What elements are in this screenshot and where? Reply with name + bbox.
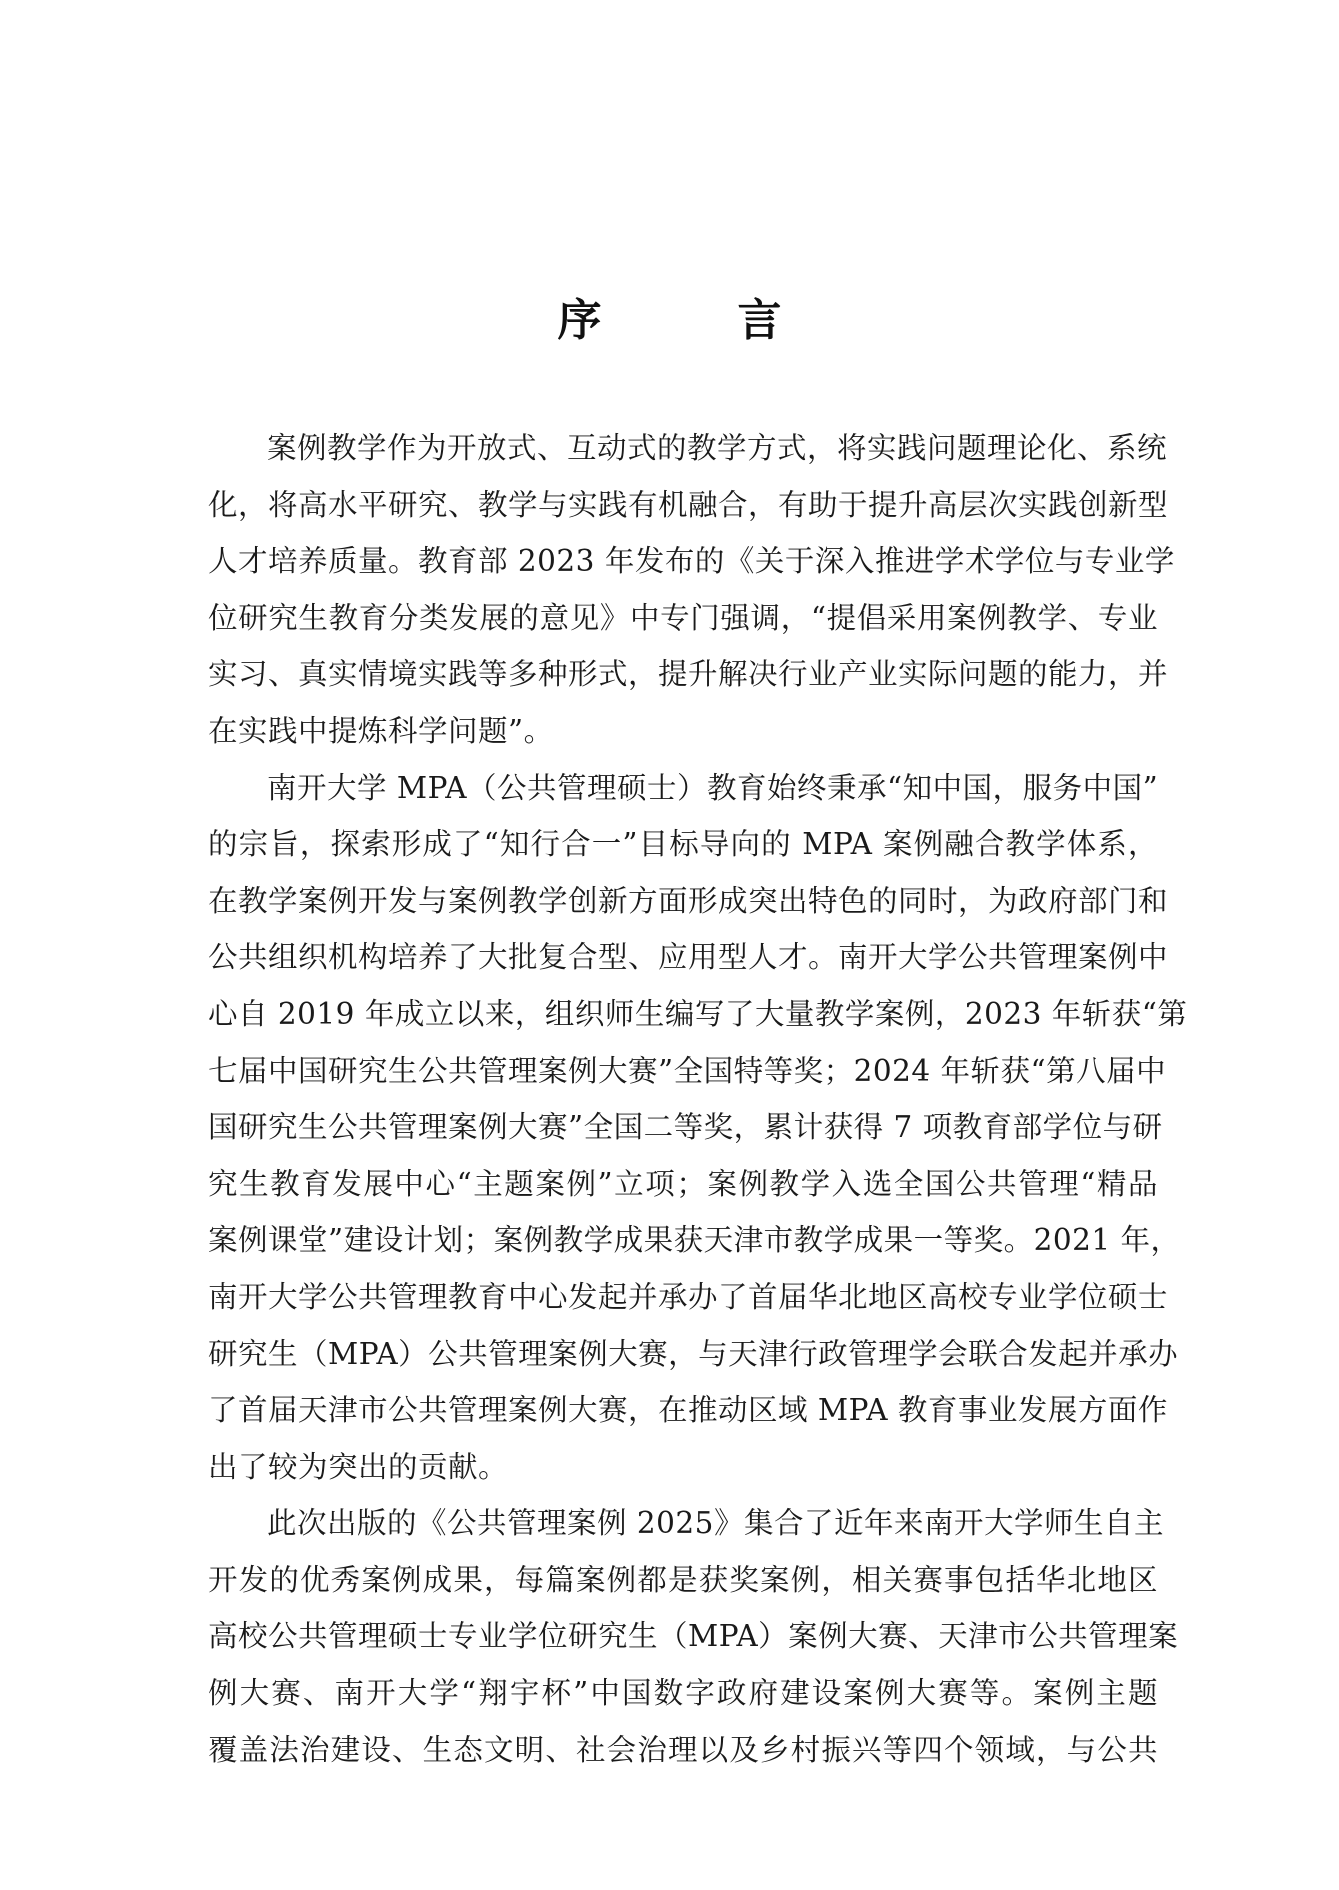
text-line: 研究生（MPA）公共管理案例大赛，与天津行政管理学会联合发起并承办	[208, 1326, 1158, 1383]
text-line: 南开大学公共管理教育中心发起并承办了首届华北地区高校专业学位硕士	[208, 1269, 1158, 1326]
text-line: 人才培养质量。教育部 2023 年发布的《关于深入推进学术学位与专业学	[208, 533, 1158, 590]
text-line: 位研究生教育分类发展的意见》中专门强调，“提倡采用案例教学、专业	[208, 590, 1158, 647]
text-line: 覆盖法治建设、生态文明、社会治理以及乡村振兴等四个领域，与公共	[208, 1722, 1158, 1779]
text-line: 化，将高水平研究、教学与实践有机融合，有助于提升高层次实践创新型	[208, 477, 1158, 534]
text-line: 案例课堂”建设计划；案例教学成果获天津市教学成果一等奖。2021 年，	[208, 1212, 1158, 1269]
paragraph-2: 南开大学 MPA（公共管理硕士）教育始终秉承“知中国，服务中国” 的宗旨，探索形…	[208, 760, 1158, 1496]
text-line: 公共组织机构培养了大批复合型、应用型人才。南开大学公共管理案例中	[208, 929, 1158, 986]
text-line: 开发的优秀案例成果，每篇案例都是获奖案例，相关赛事包括华北地区	[208, 1552, 1158, 1609]
text-line: 此次出版的《公共管理案例 2025》集合了近年来南开大学师生自主	[208, 1495, 1158, 1552]
text-line: 实习、真实情境实践等多种形式，提升解决行业产业实际问题的能力，并	[208, 646, 1158, 703]
text-line: 例大赛、南开大学“翔宇杯”中国数字政府建设案例大赛等。案例主题	[208, 1665, 1158, 1722]
text-line: 了首届天津市公共管理案例大赛，在推动区域 MPA 教育事业发展方面作	[208, 1382, 1158, 1439]
text-line: 在教学案例开发与案例教学创新方面形成突出特色的同时，为政府部门和	[208, 873, 1158, 930]
text-line: 出了较为突出的贡献。	[208, 1439, 1158, 1496]
text-line: 的宗旨，探索形成了“知行合一”目标导向的 MPA 案例融合教学体系，	[208, 816, 1158, 873]
text-line: 七届中国研究生公共管理案例大赛”全国特等奖；2024 年斩获“第八届中	[208, 1043, 1158, 1100]
text-line: 案例教学作为开放式、互动式的教学方式，将实践问题理论化、系统	[208, 420, 1158, 477]
text-line: 高校公共管理硕士专业学位研究生（MPA）案例大赛、天津市公共管理案	[208, 1608, 1158, 1665]
text-line: 南开大学 MPA（公共管理硕士）教育始终秉承“知中国，服务中国”	[208, 760, 1158, 817]
text-line: 国研究生公共管理案例大赛”全国二等奖，累计获得 7 项教育部学位与研	[208, 1099, 1158, 1156]
text-line: 心自 2019 年成立以来，组织师生编写了大量教学案例，2023 年斩获“第	[208, 986, 1158, 1043]
paragraph-3: 此次出版的《公共管理案例 2025》集合了近年来南开大学师生自主 开发的优秀案例…	[208, 1495, 1158, 1778]
text-line: 究生教育发展中心“主题案例”立项；案例教学入选全国公共管理“精品	[208, 1156, 1158, 1213]
preface-body: 案例教学作为开放式、互动式的教学方式，将实践问题理论化、系统 化，将高水平研究、…	[208, 420, 1158, 1778]
page-title: 序 言	[0, 291, 1339, 351]
text-line: 在实践中提炼科学问题”。	[208, 703, 1158, 760]
paragraph-1: 案例教学作为开放式、互动式的教学方式，将实践问题理论化、系统 化，将高水平研究、…	[208, 420, 1158, 760]
